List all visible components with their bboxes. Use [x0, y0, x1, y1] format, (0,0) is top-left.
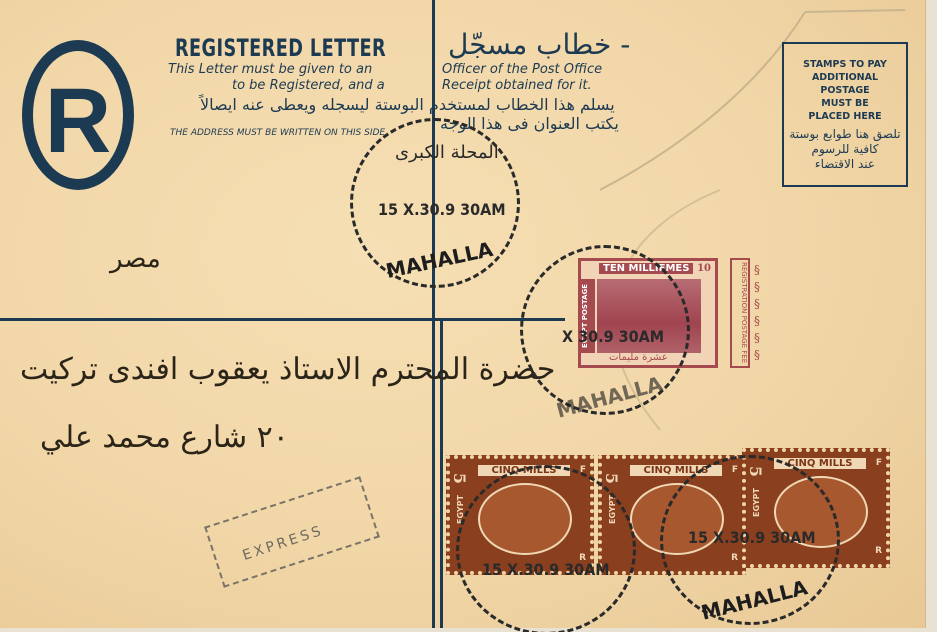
- address-note: THE ADDRESS MUST BE WRITTEN ON THIS SIDE: [170, 128, 385, 138]
- postmark-date: 15 X.30.9 30AM: [482, 560, 610, 579]
- postmark-date: 15 X.30.9 30AM: [378, 200, 506, 219]
- express-label: EXPRESS: [241, 523, 326, 564]
- postmark-date: 15 X.30.9 30AM: [688, 528, 816, 547]
- title-registered-letter: REGISTERED LETTER: [175, 34, 386, 62]
- registration-fee-label: REGISTRATION POSTAGE FEE: [730, 258, 750, 368]
- postmark-date: X 30.9 30AM: [562, 327, 664, 346]
- indicium-value: 10: [697, 263, 711, 274]
- handwritten-address-line-2: ٢٠ شارع محمد علي: [40, 420, 289, 455]
- registered-r-logo: R: [22, 40, 134, 190]
- registration-line-horizontal: [0, 318, 565, 321]
- box-line: MUST BE: [784, 97, 906, 110]
- stamp-corner: F: [876, 458, 882, 468]
- instruction-line-3: to be Registered, and a: [232, 78, 385, 93]
- stamp-value: 5: [450, 473, 469, 484]
- box-line: ADDITIONAL: [784, 71, 906, 84]
- instruction-line-4: Receipt obtained for it.: [442, 78, 592, 93]
- box-line: PLACED HERE: [784, 110, 906, 123]
- handwritten-address-line-1: حضرة المحترم الاستاذ يعقوب افندى تركيت: [20, 352, 555, 387]
- additional-postage-box: STAMPS TO PAY ADDITIONAL POSTAGE MUST BE…: [782, 42, 908, 187]
- box-line-ar: تلصق هنا طوابع بوستة: [784, 127, 906, 142]
- title-arabic: - خطاب مسجّل: [448, 28, 630, 61]
- box-line: STAMPS TO PAY: [784, 58, 906, 71]
- box-line: POSTAGE: [784, 84, 906, 97]
- postmark-city-arabic: المحلة الكبرى: [395, 142, 499, 163]
- stamp-corner: R: [875, 546, 882, 556]
- handwritten-destination: مصر: [110, 244, 161, 274]
- box-line-ar: كافية للرسوم: [784, 142, 906, 157]
- logo-letter: R: [33, 71, 123, 171]
- envelope: R REGISTERED LETTER - خطاب مسجّل This Le…: [0, 0, 926, 628]
- box-line-ar: عند الاقتضاء: [784, 157, 906, 172]
- postmark-circle: [456, 465, 636, 632]
- stamp-value: 5: [602, 473, 621, 484]
- instruction-line-1: This Letter must be given to an: [168, 62, 372, 77]
- instruction-arabic-1: يسلم هذا الخطاب لمستخدم البوستة ليسجله و…: [200, 95, 615, 114]
- express-cachet: EXPRESS: [204, 476, 380, 588]
- scroll-ornament-icon: §§§§§§: [754, 262, 768, 364]
- instruction-line-2: Officer of the Post Office: [442, 62, 602, 77]
